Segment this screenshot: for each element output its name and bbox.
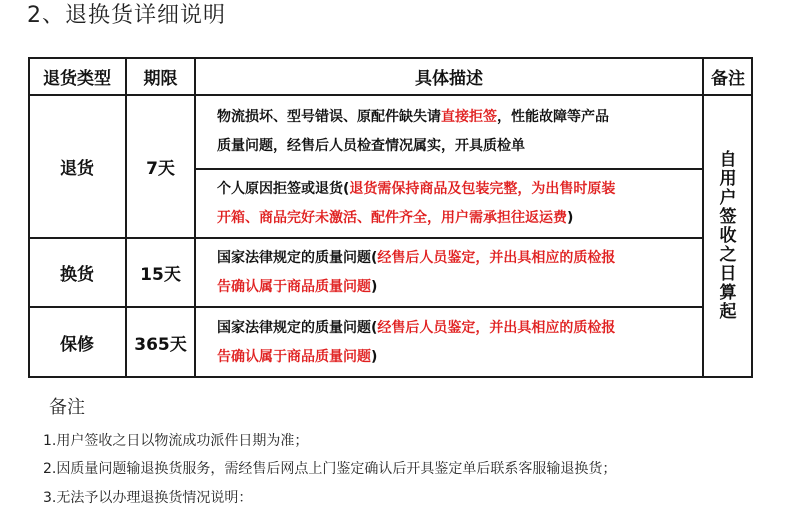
- return-description-2: 个人原因拒签或退货(退货需保持商品及包装完整，为出售时原装 开箱、商品完好未激活…: [195, 169, 703, 238]
- row-divider: [28, 306, 703, 308]
- header-remark: 备注: [703, 57, 753, 95]
- highlight-text: 告确认属于商品质量问题: [217, 279, 371, 295]
- highlight-text: 告确认属于商品质量问题: [217, 349, 371, 365]
- highlight-text: 经售后人员鉴定，并出具相应的质检报: [377, 250, 615, 266]
- header-return-type: 退货类型: [28, 57, 126, 95]
- row-divider: [28, 237, 703, 239]
- header-description: 具体描述: [195, 57, 703, 95]
- exchange-description: 国家法律规定的质量问题(经售后人员鉴定，并出具相应的质检报 告确认属于商品质量问…: [195, 238, 703, 307]
- note-item-1: 1.用户签收之日以物流成功派件日期为准；: [43, 430, 308, 450]
- highlight-text: 直接拒签: [441, 109, 497, 125]
- column-divider: [194, 57, 196, 378]
- table-border-left: [28, 57, 30, 378]
- return-policy-table: 退货类型 期限 具体描述 备注 退货 7天 物流损坏、型号错误、原配件缺失请直接…: [28, 57, 753, 378]
- header-period: 期限: [126, 57, 195, 95]
- notes-title: 备注: [49, 393, 85, 419]
- highlight-text: 开箱、商品完好未激活、配件齐全，用户需承担往返运费: [217, 210, 567, 226]
- table-border-right: [751, 57, 753, 378]
- highlight-text: 经售后人员鉴定，并出具相应的质检报: [377, 320, 615, 336]
- warranty-description: 国家法律规定的质量问题(经售后人员鉴定，并出具相应的质检报 告确认属于商品质量问…: [195, 307, 703, 378]
- header-divider: [28, 94, 753, 96]
- note-item-2: 2.因质量问题输退换货服务，需经售后网点上门鉴定确认后开具鉴定单后联系客服输退换…: [43, 458, 616, 478]
- row-return-type: 退货: [28, 95, 126, 238]
- row-exchange-type: 换货: [28, 238, 126, 307]
- note-item-3: 3.无法予以办理退换货情况说明：: [43, 487, 252, 507]
- description-divider: [195, 168, 703, 170]
- remark-vertical-text: 自 用 户 签 收 之 日 算 起: [703, 95, 753, 378]
- table-border-bottom: [28, 376, 753, 378]
- row-warranty-type: 保修: [28, 307, 126, 378]
- section-title: 2、退换货详细说明: [27, 0, 226, 32]
- highlight-text: 退货需保持商品及包装完整，为出售时原装: [349, 181, 615, 197]
- row-exchange-period: 15天: [126, 238, 195, 307]
- row-warranty-period: 365天: [126, 307, 195, 378]
- column-divider: [125, 57, 127, 378]
- table-border-top: [28, 57, 753, 59]
- return-description-1: 物流损坏、型号错误、原配件缺失请直接拒签，性能故障等产品 质量问题，经售后人员检…: [195, 95, 703, 169]
- row-return-period: 7天: [126, 95, 195, 238]
- column-divider: [702, 57, 704, 378]
